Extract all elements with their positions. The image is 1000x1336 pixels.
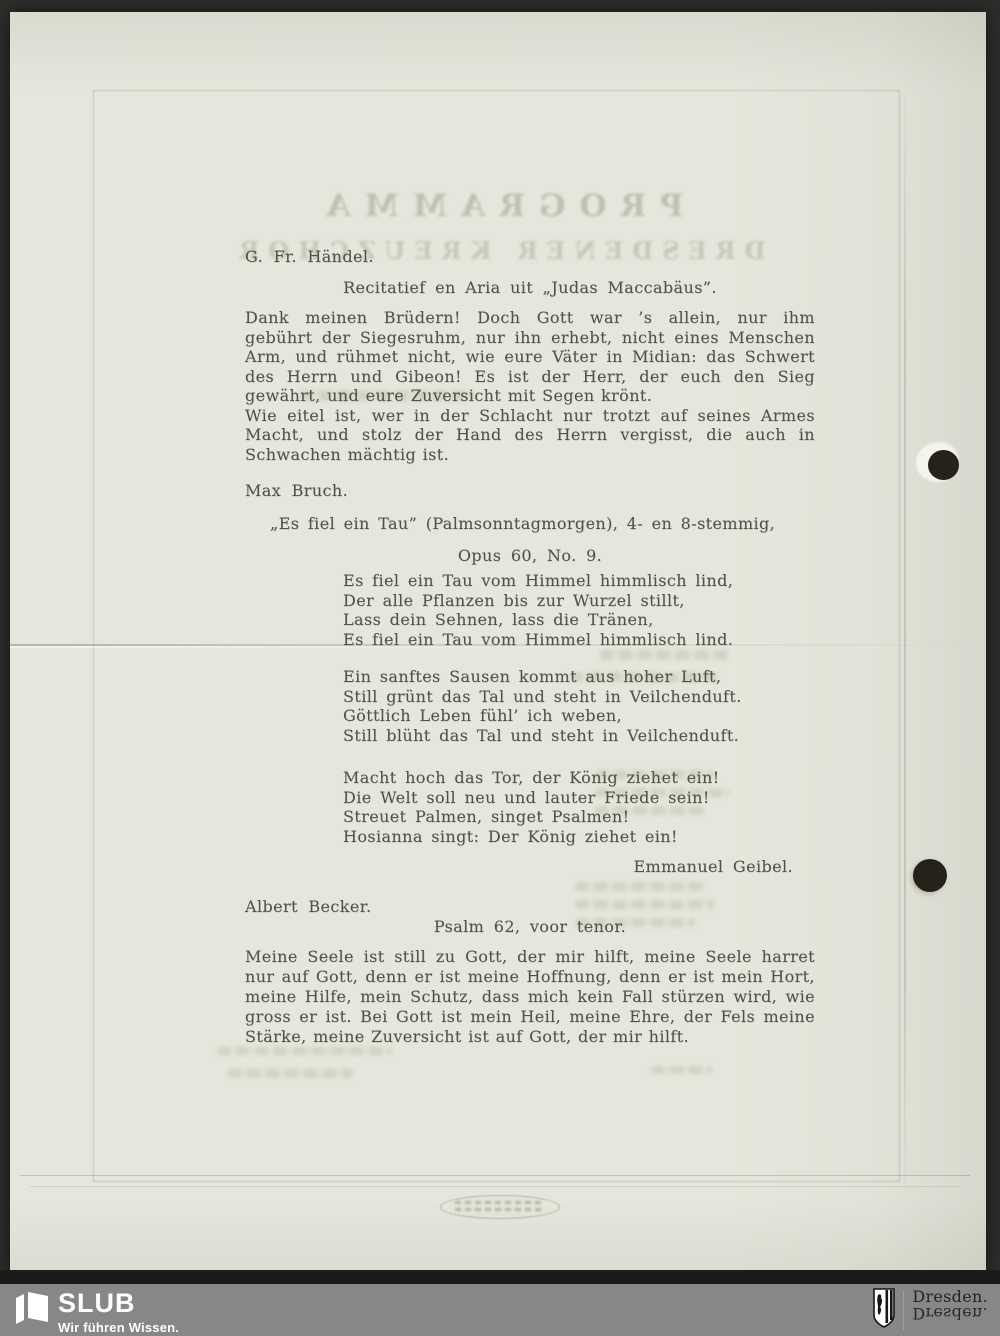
dresden-name: Dresden. xyxy=(912,1288,988,1305)
dresden-logo[interactable]: Dresden. Dresden. xyxy=(873,1288,988,1333)
poet-credit: Emmanuel Geibel. xyxy=(245,857,815,877)
composer-becker: Albert Becker. xyxy=(245,897,815,917)
poem-line: Es fiel ein Tau vom Himmel himmlisch lin… xyxy=(343,571,815,591)
bruch-stanza-1: Es fiel ein Tau vom Himmel himmlisch lin… xyxy=(343,571,815,649)
poem-line: Die Welt soll neu und lauter Friede sein… xyxy=(343,788,815,808)
text-line: des Herrn und Gibeon! Es ist der Herr, d… xyxy=(245,367,815,387)
stamp-text-row xyxy=(455,1201,545,1204)
footer-divider xyxy=(903,1290,904,1330)
scanned-program-page: PROGRAMMA DRESDENER KREUZCHOR G. Fr. Hän… xyxy=(10,12,986,1276)
poem-line: Lass dein Sehnen, lass die Tränen, xyxy=(343,610,815,630)
composer-haendel: G. Fr. Händel. xyxy=(245,247,815,267)
horizontal-fold-highlight xyxy=(10,646,693,648)
punch-hole xyxy=(928,450,959,480)
text-line: Stärke, meine Zuversicht ist auf Gott, d… xyxy=(245,1027,815,1047)
slub-logo[interactable]: SLUB Wir führen Wissen. xyxy=(14,1290,179,1334)
work-title-bruch: „Es fiel ein Tau” (Palmsonntagmorgen), 4… xyxy=(270,514,815,534)
bottom-crease-line xyxy=(20,1175,970,1176)
bleedthrough-smudge xyxy=(217,1047,392,1055)
poem-line: Göttlich Leben fühl’ ich weben, xyxy=(343,706,815,726)
bleedthrough-smudge xyxy=(228,1069,353,1078)
haendel-recitative-paragraph: Dank meinen Brüdern! Doch Gott war ’s al… xyxy=(245,308,815,406)
dresden-name-mirrored: Dresden. xyxy=(912,1305,988,1322)
text-line: gewährt, und eure Zuversicht mit Segen k… xyxy=(245,386,815,406)
text-line: meine Hilfe, mein Schutz, dass mich kein… xyxy=(245,987,815,1007)
slub-logo-text: SLUB Wir führen Wissen. xyxy=(58,1290,179,1334)
poem-line: Der alle Pflanzen bis zur Wurzel stillt, xyxy=(343,591,815,611)
slub-tagline: Wir führen Wissen. xyxy=(58,1321,179,1334)
bruch-stanza-3: Macht hoch das Tor, der König ziehet ein… xyxy=(343,768,815,846)
printer-oval-stamp xyxy=(440,1195,560,1219)
text-line: Dank meinen Brüdern! Doch Gott war ’s al… xyxy=(245,308,815,328)
slub-book-icon xyxy=(14,1290,50,1329)
becker-psalm-paragraph: Meine Seele ist still zu Gott, der mir h… xyxy=(245,947,815,1047)
work-title-becker: Psalm 62, voor tenor. xyxy=(245,917,815,937)
footer-bar: SLUB Wir führen Wissen. Dresden. Dresden… xyxy=(0,1284,1000,1336)
punch-hole xyxy=(913,859,947,892)
slub-name: SLUB xyxy=(58,1290,179,1317)
dresden-coat-of-arms-icon xyxy=(873,1288,895,1333)
text-line: Wie eitel ist, wer in der Schlacht nur t… xyxy=(245,406,815,426)
text-line: Meine Seele ist still zu Gott, der mir h… xyxy=(245,947,815,967)
work-title-haendel: Recitatief en Aria uit „Judas Maccabäus”… xyxy=(245,278,815,298)
poem-line: Ein sanftes Sausen kommt aus hoher Luft, xyxy=(343,667,815,687)
poem-line: Still blüht das Tal und steht in Veilche… xyxy=(343,726,815,746)
bleedthrough-smudge xyxy=(651,1066,713,1074)
poem-line: Streuet Palmen, singet Psalmen! xyxy=(343,807,815,827)
haendel-aria-paragraph: Wie eitel ist, wer in der Schlacht nur t… xyxy=(245,406,815,465)
text-line: Schwachen mächtig ist. xyxy=(245,445,815,465)
scan-bottom-edge xyxy=(0,1270,1000,1284)
text-line: Macht, und stolz der Hand des Herrn verg… xyxy=(245,425,815,445)
stamp-text-row xyxy=(455,1208,545,1211)
composer-bruch: Max Bruch. xyxy=(245,481,815,501)
poem-line: Still grünt das Tal und steht in Veilche… xyxy=(343,687,815,707)
text-line: gross er ist. Bei Gott ist mein Heil, me… xyxy=(245,1007,815,1027)
bleedthrough-title: PROGRAMMA xyxy=(10,188,986,224)
text-line: gebührt der Siegesruhm, nur ihn erhebt, … xyxy=(245,328,815,348)
vertical-fold-crease xyxy=(904,72,906,1212)
dresden-logo-text: Dresden. Dresden. xyxy=(912,1288,988,1322)
bottom-crease-line xyxy=(30,1186,960,1187)
text-line: Arm, und rühmet nicht, wie eure Väter in… xyxy=(245,347,815,367)
text-line: nur auf Gott, denn er ist meine Hoffnung… xyxy=(245,967,815,987)
poem-line: Hosianna singt: Der König ziehet ein! xyxy=(343,827,815,847)
poem-line: Macht hoch das Tor, der König ziehet ein… xyxy=(343,768,815,788)
bruch-stanza-2: Ein sanftes Sausen kommt aus hoher Luft,… xyxy=(343,667,815,745)
opus-number: Opus 60, No. 9. xyxy=(245,546,815,566)
